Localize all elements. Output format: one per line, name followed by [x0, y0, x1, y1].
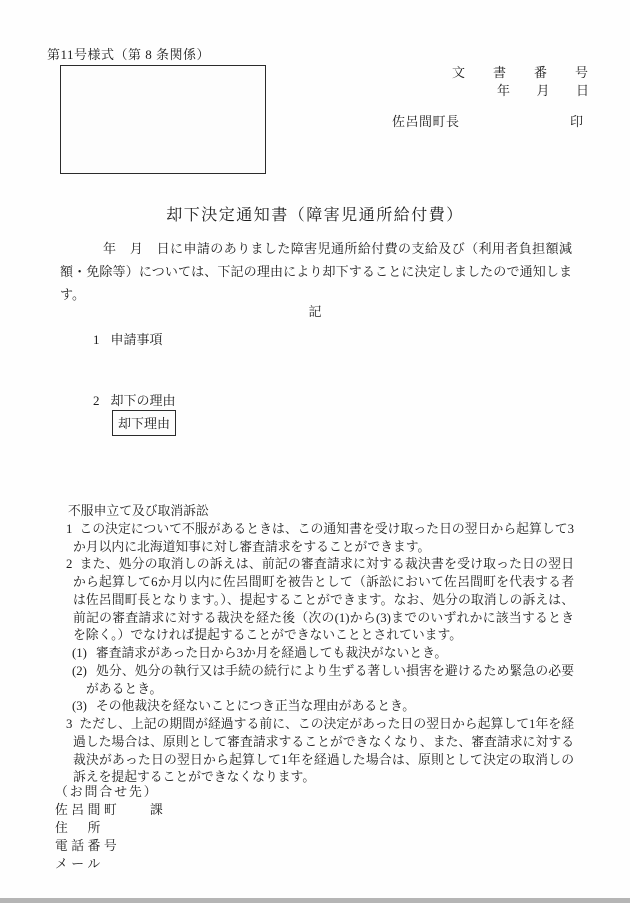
form-number-label: 第11号様式（第 8 条関係）: [47, 44, 210, 63]
appeal-item-text: ただし、上記の期間が経過する前に、この決定があった日の翌日から起算して1年を経過…: [73, 717, 574, 784]
appeal-subitem-number: (3): [72, 699, 96, 713]
date-line: 年 月 日: [497, 80, 589, 99]
appeal-item-number: 2: [66, 557, 79, 571]
appeal-item: 1この決定について不服があるときは、この通知書を受け取った日の翌日から起算して3…: [66, 521, 574, 557]
document-page: 第11号様式（第 8 条関係） 文 書 番 号 年 月 日 佐呂間町長 印 却下…: [0, 0, 630, 903]
appeal-item-text: また、処分の取消しの訴えは、前記の審査請求に対する裁決書を受け取った日の翌日から…: [73, 557, 574, 642]
appeal-heading: 不服申立て及び取消訴訟: [68, 503, 574, 521]
date-char: 日: [576, 80, 589, 99]
contact-phone-label: 電話番号: [55, 837, 159, 855]
section-label: 申請事項: [111, 332, 163, 347]
doc-number-char: 文: [452, 62, 465, 81]
appeal-item-text: この決定について不服があるときは、この通知書を受け取った日の翌日から起算して3か…: [73, 522, 574, 554]
date-char: 月: [536, 80, 549, 99]
appeal-item: 2また、処分の取消しの訴えは、前記の審査請求に対する裁決書を受け取った日の翌日か…: [66, 556, 574, 645]
mayor-name: 佐呂間町長: [392, 111, 460, 130]
appeal-subitem: (3)その他裁決を経ないことにつき正当な理由があるとき。: [72, 698, 574, 716]
page-bottom-edge: [0, 898, 630, 903]
appeal-item: 3ただし、上記の期間が経過する前に、この決定があった日の翌日から起算して1年を経…: [66, 716, 574, 787]
appeal-item-number: 3: [66, 717, 79, 731]
document-title: 却下決定通知書（障害児通所給付費）: [0, 202, 630, 225]
appeal-subitem-number: (2): [72, 664, 96, 678]
contact-office: 佐呂間町: [55, 803, 120, 817]
doc-number-line: 文 書 番 号: [452, 62, 588, 81]
seal-mark: 印: [570, 111, 583, 130]
appeal-subitem-text: 審査請求があった日から3か月を経過しても裁決がないとき。: [96, 646, 447, 660]
doc-number-char: 号: [575, 62, 588, 81]
appeal-subitem: (1)審査請求があった日から3か月を経過しても裁決がないとき。: [72, 645, 574, 663]
addressee-box: [60, 65, 266, 174]
contact-address-label: 住 所: [55, 819, 159, 837]
section-rejection-reason: 2却下の理由: [93, 390, 176, 409]
appeal-section: 不服申立て及び取消訴訟 1この決定について不服があるときは、この通知書を受け取っ…: [66, 503, 574, 787]
section-number: 1: [93, 332, 111, 347]
section-number: 2: [93, 393, 111, 408]
doc-number-char: 番: [534, 62, 547, 81]
appeal-subitem-number: (1): [72, 646, 96, 660]
contact-block: （お問合せ先） 佐呂間町 課 住 所 電話番号 メール: [55, 783, 159, 873]
rejection-reason-box: 却下理由: [112, 410, 176, 436]
section-label: 却下の理由: [111, 393, 176, 408]
section-application-items: 1申請事項: [93, 329, 163, 348]
appeal-subitem-text: 処分、処分の執行又は手続の続行により生ずる著しい損害を避けるため緊急の必要がある…: [86, 664, 574, 696]
contact-office-line: 佐呂間町 課: [55, 801, 159, 819]
appeal-subitem: (2)処分、処分の執行又は手続の続行により生ずる著しい損害を避けるため緊急の必要…: [72, 663, 574, 699]
date-char: 年: [497, 80, 510, 99]
intro-paragraph: 年 月 日に申請のありました障害児通所給付費の支給及び（利用者負担額減額・免除等…: [60, 237, 572, 306]
contact-heading: （お問合せ先）: [55, 783, 159, 801]
appeal-subitem-text: その他裁決を経ないことにつき正当な理由があるとき。: [96, 699, 415, 713]
contact-division: 課: [150, 801, 163, 819]
ki-marker: 記: [0, 301, 630, 320]
doc-number-char: 書: [493, 62, 506, 81]
appeal-item-number: 1: [66, 522, 79, 536]
contact-mail-label: メール: [55, 855, 159, 873]
